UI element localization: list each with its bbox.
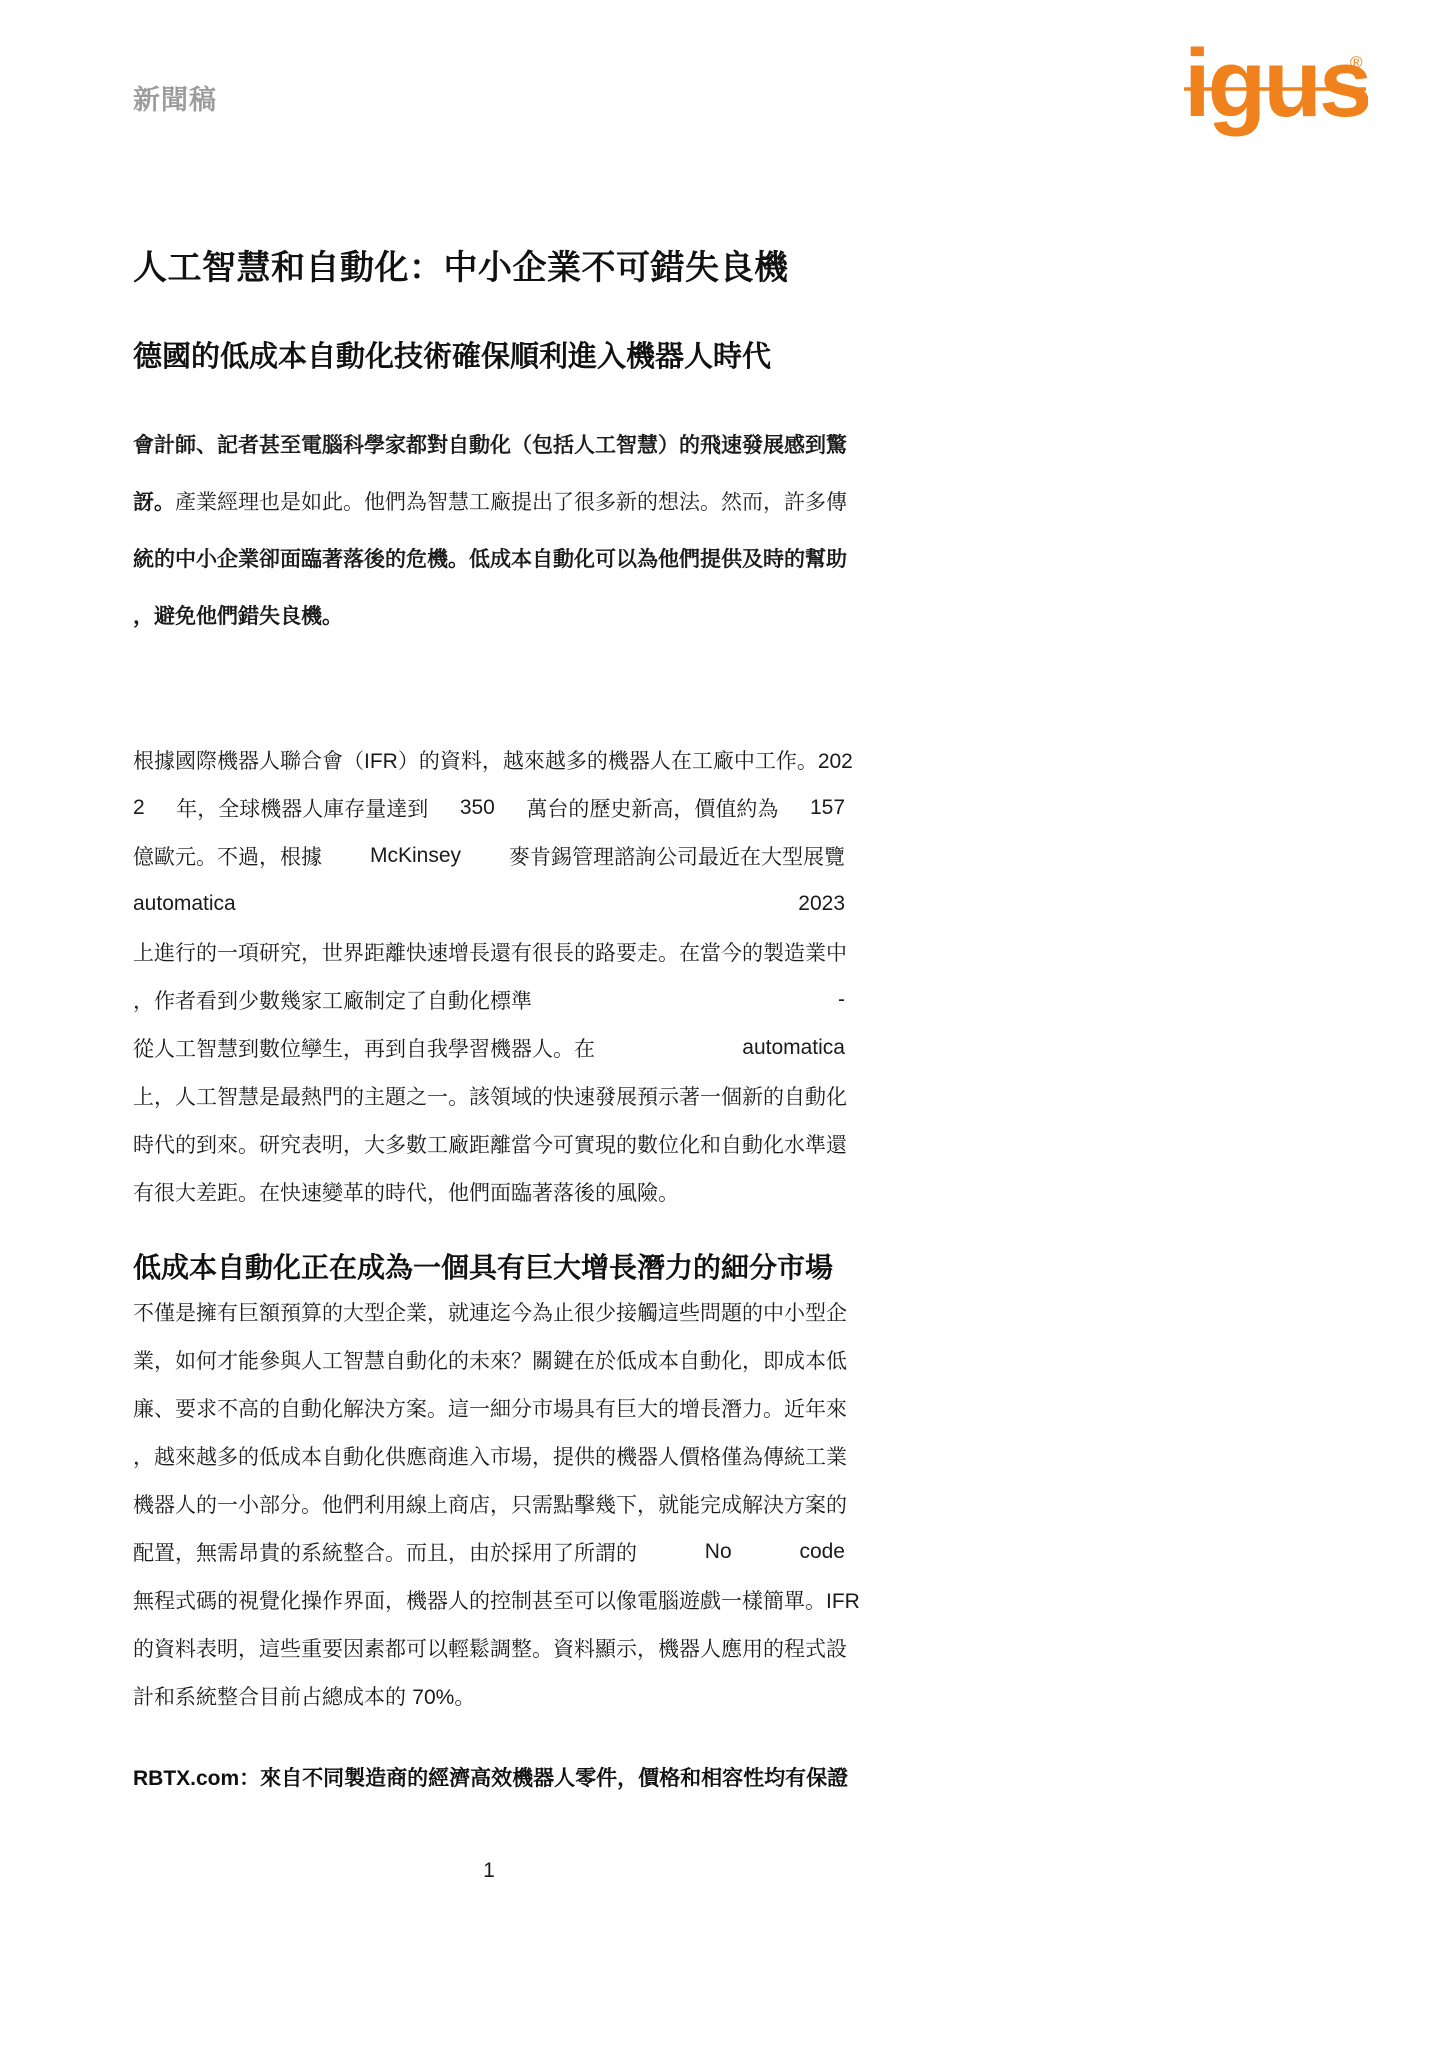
- text-line: 訝。產業經理也是如此。他們為智慧工廠提出了很多新的想法。然而，許多傳: [133, 472, 845, 529]
- text-token: 訝。: [133, 486, 175, 516]
- text-line: 計和系統整合目前占總成本的70%。: [133, 1672, 845, 1720]
- text-token: 157: [810, 796, 845, 820]
- text-token: 會計師、記者甚至電腦科學家都對自動化（包括人工智慧）的飛速發展感到驚: [133, 429, 847, 459]
- text-token: 時代的到來。研究表明，大多數工廠距離當今可實現的數位化和自動化水準還: [133, 1129, 847, 1159]
- text-token: 億歐元。不過，根據: [133, 841, 322, 871]
- press-release-page: igus ® 新聞稿 人工智慧和自動化：中小企業不可錯失良機 德國的低成本自動化…: [0, 0, 1448, 2048]
- text-token: ，避免他們錯失良機。: [133, 600, 343, 630]
- text-token: 從人工智慧到數位孿生，再到自我學習機器人。在: [133, 1033, 595, 1063]
- text-token: 機器人的一小部分。他們利用線上商店，只需點擊幾下，就能完成解決方案的: [133, 1489, 847, 1519]
- page-number: 1: [133, 1856, 845, 1886]
- text-line: 機器人的一小部分。他們利用線上商店，只需點擊幾下，就能完成解決方案的: [133, 1480, 845, 1528]
- text-line: 統的中小企業卻面臨著落後的危機。低成本自動化可以為他們提供及時的幫助: [133, 529, 845, 586]
- text-token: 廉、要求不高的自動化解決方案。這一細分市場具有巨大的增長潛力。近年來: [133, 1393, 847, 1423]
- text-token: 配置，無需昂貴的系統整合。而且，由於採用了所謂的: [133, 1537, 637, 1567]
- press-release-label: 新聞稿: [133, 78, 217, 117]
- registered-trademark-icon: ®: [1350, 53, 1363, 72]
- text-token: 年，全球機器人庫存量達到: [176, 793, 428, 823]
- text-line: 根據國際機器人聯合會（IFR）的資料，越來越多的機器人在工廠中工作。202: [133, 736, 845, 784]
- text-token: automatica: [133, 892, 236, 916]
- section-heading-low-cost: 低成本自動化正在成為一個具有巨大增長潛力的細分市場: [133, 1250, 893, 1286]
- text-token: automatica: [742, 1036, 845, 1060]
- text-token: 麥肯錫管理諮詢公司最近在大型展覽: [509, 841, 845, 871]
- text-token: 產業經理也是如此。他們為智慧工廠提出了很多新的想法。然而，許多傳: [175, 486, 847, 516]
- text-token: 2: [133, 796, 145, 820]
- text-token: 70%。: [412, 1681, 475, 1711]
- text-token: McKinsey: [370, 844, 461, 868]
- text-token: 業，如何才能參與人工智慧自動化的未來？關鍵在於低成本自動化，即成本低: [133, 1345, 847, 1375]
- text-token: 有很大差距。在快速變革的時代，他們面臨著落後的風險。: [133, 1177, 679, 1207]
- text-token: 計和系統整合目前占總成本的: [133, 1681, 406, 1711]
- text-token: 萬台的歷史新高，價值約為: [526, 793, 778, 823]
- text-line: 上進行的一項研究，世界距離快速增長還有很長的路要走。在當今的製造業中: [133, 928, 845, 976]
- text-token: 上，人工智慧是最熱門的主題之一。該領域的快速發展預示著一個新的自動化: [133, 1081, 847, 1111]
- text-line: 業，如何才能參與人工智慧自動化的未來？關鍵在於低成本自動化，即成本低: [133, 1336, 845, 1384]
- text-token: ，作者看到少數幾家工廠制定了自動化標準: [133, 985, 532, 1015]
- igus-logo: igus ®: [1184, 38, 1368, 160]
- text-token: 上進行的一項研究，世界距離快速增長還有很長的路要走。在當今的製造業中: [133, 937, 847, 967]
- text-token: 2023: [798, 892, 845, 916]
- text-token: 無程式碼的視覺化操作界面，機器人的控制甚至可以像電腦遊戲一樣簡單。IFR: [133, 1585, 860, 1615]
- text-token: 的資料表明，這些重要因素都可以輕鬆調整。資料顯示，機器人應用的程式設: [133, 1633, 847, 1663]
- text-token: No: [705, 1540, 732, 1564]
- text-line: 的資料表明，這些重要因素都可以輕鬆調整。資料顯示，機器人應用的程式設: [133, 1624, 845, 1672]
- text-token: -: [838, 988, 845, 1012]
- text-line: 會計師、記者甚至電腦科學家都對自動化（包括人工智慧）的飛速發展感到驚: [133, 415, 845, 472]
- text-line: ，作者看到少數幾家工廠制定了自動化標準-: [133, 976, 845, 1024]
- text-line: 無程式碼的視覺化操作界面，機器人的控制甚至可以像電腦遊戲一樣簡單。IFR: [133, 1576, 845, 1624]
- text-token: 根據國際機器人聯合會（IFR）的資料，越來越多的機器人在工廠中工作。202: [133, 745, 853, 775]
- text-line: 配置，無需昂貴的系統整合。而且，由於採用了所謂的Nocode: [133, 1528, 845, 1576]
- body-paragraph-1: 根據國際機器人聯合會（IFR）的資料，越來越多的機器人在工廠中工作。2022年，…: [133, 736, 845, 1216]
- text-line: ，越來越多的低成本自動化供應商進入市場，提供的機器人價格僅為傳統工業: [133, 1432, 845, 1480]
- igus-logo-graphic: igus ®: [1184, 38, 1368, 160]
- text-line: 2年，全球機器人庫存量達到350萬台的歷史新高，價值約為157: [133, 784, 845, 832]
- text-line: 不僅是擁有巨額預算的大型企業，就連迄今為止很少接觸這些問題的中小型企: [133, 1288, 845, 1336]
- text-line: 上，人工智慧是最熱門的主題之一。該領域的快速發展預示著一個新的自動化: [133, 1072, 845, 1120]
- body-paragraph-2: 不僅是擁有巨額預算的大型企業，就連迄今為止很少接觸這些問題的中小型企業，如何才能…: [133, 1288, 845, 1720]
- text-token: code: [799, 1540, 845, 1564]
- lead-paragraph: 會計師、記者甚至電腦科學家都對自動化（包括人工智慧）的飛速發展感到驚訝。產業經理…: [133, 415, 845, 643]
- text-line: 有很大差距。在快速變革的時代，他們面臨著落後的風險。: [133, 1168, 845, 1216]
- text-line: automatica2023: [133, 880, 845, 928]
- text-token: 不僅是擁有巨額預算的大型企業，就連迄今為止很少接觸這些問題的中小型企: [133, 1297, 847, 1327]
- text-line: 億歐元。不過，根據McKinsey麥肯錫管理諮詢公司最近在大型展覽: [133, 832, 845, 880]
- text-line: 從人工智慧到數位孿生，再到自我學習機器人。在automatica: [133, 1024, 845, 1072]
- text-column: 新聞稿 人工智慧和自動化：中小企業不可錯失良機 德國的低成本自動化技術確保順利進…: [133, 0, 845, 2048]
- text-line: 廉、要求不高的自動化解決方案。這一細分市場具有巨大的增長潛力。近年來: [133, 1384, 845, 1432]
- text-token: 統的中小企業卻面臨著落後的危機。低成本自動化可以為他們提供及時的幫助: [133, 543, 847, 573]
- text-token: 350: [460, 796, 495, 820]
- article-subtitle: 德國的低成本自動化技術確保順利進入機器人時代: [133, 338, 893, 376]
- text-line: ，避免他們錯失良機。: [133, 586, 845, 643]
- article-title: 人工智慧和自動化：中小企業不可錯失良機: [133, 246, 893, 290]
- text-token: ，越來越多的低成本自動化供應商進入市場，提供的機器人價格僅為傳統工業: [133, 1441, 847, 1471]
- section-heading-rbtx: RBTX.com：來自不同製造商的經濟高效機器人零件，價格和相容性均有保證: [133, 1764, 845, 1794]
- text-line: 時代的到來。研究表明，大多數工廠距離當今可實現的數位化和自動化水準還: [133, 1120, 845, 1168]
